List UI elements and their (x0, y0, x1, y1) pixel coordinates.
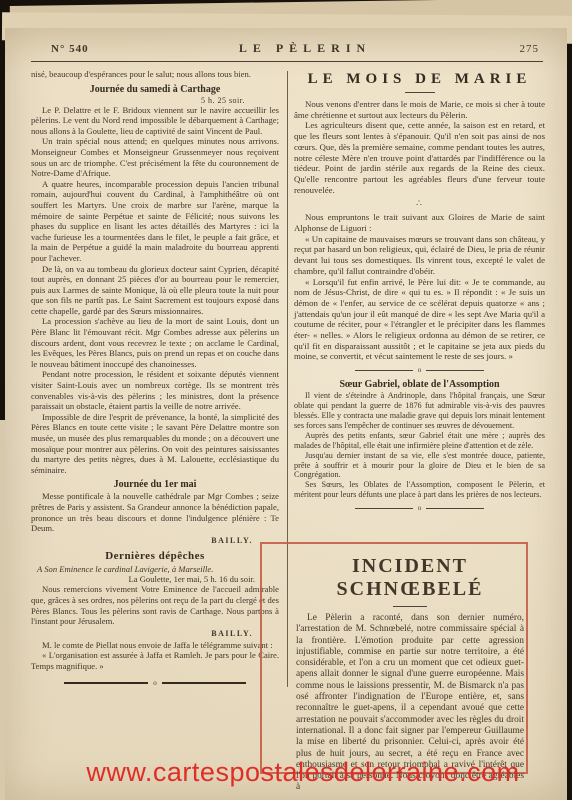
paragraph: « Un capitaine de mauvaises mœurs se tro… (294, 234, 545, 277)
rule-line (162, 682, 246, 684)
columns: nisé, beaucoup d'espérances pour le salu… (31, 69, 545, 687)
end-rule-ornament: o (31, 680, 279, 687)
journal-title: LE PÈLERIN (181, 41, 429, 56)
section-heading-incident: INCIDENT SCHNŒBELÉ (296, 555, 524, 601)
newspaper-page: N° 540 LE PÈLERIN 275 nisé, beaucoup d'e… (5, 28, 567, 800)
paragraph: Messe pontificale à la nouvelle cathédra… (31, 491, 279, 533)
paragraph: Jusqu'au dernier instant de sa vie, elle… (294, 451, 545, 481)
paragraph: Les agriculteurs disent que, cette année… (294, 120, 545, 195)
dispatch-time: 5 h. 25 soir. (31, 96, 279, 105)
rule-circle-icon: o (153, 680, 157, 687)
telegram-addressee: A Son Eminence le cardinal Lavigerie, à … (31, 564, 279, 575)
paragraph: De là, on va au tombeau du glorieux doct… (31, 264, 279, 317)
paragraph: Auprès des petits enfants, sœur Gabriel … (294, 431, 545, 451)
section-heading-samedi: Journée du samedi à Carthage (31, 84, 279, 95)
heading-underline (405, 92, 435, 93)
rule-ornament: o (294, 505, 545, 512)
paragraph: Ses Sœurs, les Oblates de l'Assomption, … (294, 480, 545, 500)
issue-number: N° 540 (51, 43, 181, 55)
signature: BAILLY. (31, 536, 279, 545)
right-column: LE MOIS DE MARIE Nous venons d'entrer da… (294, 69, 545, 687)
section-heading-premier-mai: Journée du 1er mai (31, 479, 279, 490)
rule-line (355, 508, 413, 509)
paragraph: Impossible de dire l'esprit de prévenanc… (31, 412, 279, 476)
paragraph: A quatre heures, incomparable procession… (31, 179, 279, 264)
rule-circle-icon: o (418, 505, 422, 512)
page-number: 275 (429, 43, 539, 55)
rule-line (64, 682, 148, 684)
masthead: N° 540 LE PÈLERIN 275 (5, 28, 567, 56)
paragraph: Nous remercions vivement Votre Eminence … (31, 584, 279, 626)
dots-ornament-icon: ∴ (294, 198, 545, 209)
watermark-url: www.cartespostalesdelorraine.com (0, 757, 572, 788)
paragraph: « L'organisation est assurée à Jaffa et … (31, 650, 279, 671)
rule-line (426, 508, 484, 509)
masthead-rule (31, 61, 543, 62)
paragraph: Il vient de s'éteindre à Andrinople, dan… (294, 391, 545, 431)
left-column: nisé, beaucoup d'espérances pour le salu… (31, 69, 279, 687)
rule-ornament: o (294, 367, 545, 374)
rule-line (355, 370, 413, 371)
paragraph: Pendant notre procession, le résident et… (31, 369, 279, 411)
paragraph: La procession s'achève au lieu de la mor… (31, 316, 279, 369)
telegram-dateline: La Goulette, 1er mai, 5 h. 16 du soir. (31, 574, 279, 584)
paragraph: Le P. Delattre et le F. Bridoux viennent… (31, 105, 279, 137)
paragraph: nisé, beaucoup d'espérances pour le salu… (31, 69, 279, 80)
section-heading-soeur-gabriel: Sœur Gabriel, oblate de l'Assomption (294, 379, 545, 390)
paragraph: M. le comte de Piellat nous envoie de Ja… (31, 640, 279, 651)
rule-circle-icon: o (418, 367, 422, 374)
paragraph: Un train spécial nous attend; en quelque… (31, 136, 279, 178)
section-heading-depeches: Dernières dépêches (31, 550, 279, 562)
paragraph: « Lorsqu'il fut enfin arrivé, le Père lu… (294, 277, 545, 363)
paragraph: Nous venons d'entrer dans le mois de Mar… (294, 99, 545, 120)
paragraph: Nous empruntons le trait suivant aux Glo… (294, 212, 545, 233)
section-heading-mois-marie: LE MOIS DE MARIE (294, 71, 545, 88)
signature: BAILLY. (31, 629, 279, 638)
rule-line (426, 370, 484, 371)
heading-underline (393, 606, 427, 607)
